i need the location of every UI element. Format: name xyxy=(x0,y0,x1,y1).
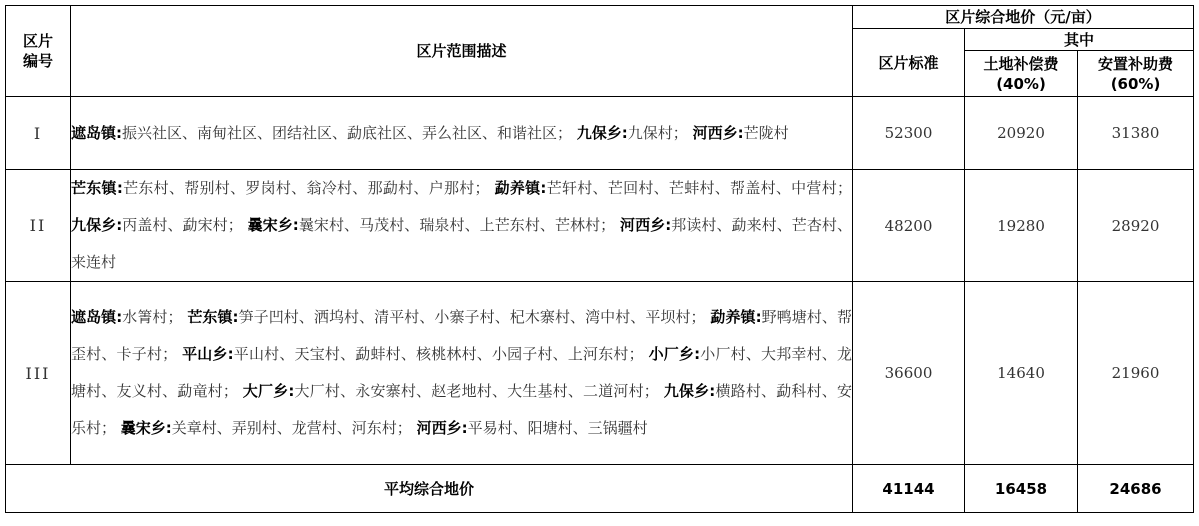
town-name: 遮岛镇: xyxy=(71,124,122,142)
town-name: 平山乡: xyxy=(182,345,234,363)
village-list: 芒陇村 xyxy=(744,124,789,142)
town-name: 九保乡: xyxy=(71,216,122,234)
town-name: 大厂乡: xyxy=(243,382,295,400)
table-row: III 遮岛镇:水箐村； 芒东镇:笋子凹村、洒坞村、清平村、小寨子村、杞木寨村、… xyxy=(6,282,1194,465)
village-list: 关章村、弄别村、龙营村、河东村； xyxy=(172,419,412,437)
town-name: 芒东镇: xyxy=(187,308,238,326)
village-list: 曩宋村、马茂村、瑞泉村、上芒东村、芒林村； xyxy=(299,216,615,234)
village-list: 芒东村、帮别村、罗岗村、翁冷村、那勐村、户那村； xyxy=(123,179,490,197)
town-name: 遮岛镇: xyxy=(71,308,122,326)
village-list: 丙盖村、勐宋村； xyxy=(122,216,243,234)
table-row: I 遮岛镇:振兴社区、南甸社区、团结社区、勐底社区、弄么社区、和谐社区； 九保乡… xyxy=(6,97,1194,170)
zone-number: III xyxy=(6,282,71,465)
land-compensation-value: 20920 xyxy=(965,97,1078,170)
land-price-table: 区片 编号 区片范围描述 区片综合地价（元/亩） 区片标准 其中 土地补偿费 (… xyxy=(5,5,1194,513)
average-resettlement: 24686 xyxy=(1078,465,1194,513)
town-name: 芒东镇: xyxy=(71,179,123,197)
village-list: 笋子凹村、洒坞村、清平村、小寨子村、杞木寨村、湾中村、平坝村； xyxy=(239,308,706,326)
header-zone-number-line1: 区片 xyxy=(6,31,70,51)
average-row: 平均综合地价 41144 16458 24686 xyxy=(6,465,1194,513)
header-of-which: 其中 xyxy=(965,29,1194,51)
zone-description: 遮岛镇:振兴社区、南甸社区、团结社区、勐底社区、弄么社区、和谐社区； 九保乡:九… xyxy=(71,97,853,170)
resettlement-value: 21960 xyxy=(1078,282,1194,465)
header-standard: 区片标准 xyxy=(853,29,965,97)
header-zone-number: 区片 编号 xyxy=(6,6,71,97)
town-name: 小厂乡: xyxy=(649,345,701,363)
header-resettlement-pct: (60%) xyxy=(1078,74,1193,94)
average-label: 平均综合地价 xyxy=(6,465,853,513)
village-list: 平山村、天宝村、勐蚌村、核桃林村、小园子村、上河东村； xyxy=(234,345,644,363)
zone-standard-price: 48200 xyxy=(853,170,965,282)
town-name: 曩宋乡: xyxy=(121,419,172,437)
town-name: 勐养镇: xyxy=(495,179,547,197)
header-land-compensation: 土地补偿费 (40%) xyxy=(965,51,1078,97)
town-name: 河西乡: xyxy=(693,124,744,142)
zone-number: II xyxy=(6,170,71,282)
header-land-compensation-label: 土地补偿费 xyxy=(965,54,1077,74)
header-price-group: 区片综合地价（元/亩） xyxy=(853,6,1194,29)
village-list: 水箐村； xyxy=(122,308,182,326)
zone-description: 芒东镇:芒东村、帮别村、罗岗村、翁冷村、那勐村、户那村； 勐养镇:芒轩村、芒回村… xyxy=(71,170,853,282)
header-description: 区片范围描述 xyxy=(71,6,853,97)
village-list: 大厂村、永安寨村、赵老地村、大生基村、二道河村； xyxy=(294,382,658,400)
zone-description: 遮岛镇:水箐村； 芒东镇:笋子凹村、洒坞村、清平村、小寨子村、杞木寨村、湾中村、… xyxy=(71,282,853,465)
town-name: 曩宋乡: xyxy=(248,216,299,234)
header-zone-number-line2: 编号 xyxy=(6,51,70,71)
resettlement-value: 28920 xyxy=(1078,170,1194,282)
town-name: 九保乡: xyxy=(577,124,628,142)
zone-standard-price: 36600 xyxy=(853,282,965,465)
town-name: 河西乡: xyxy=(417,419,468,437)
village-list: 芒轩村、芒回村、芒蚌村、帮盖村、中营村； xyxy=(546,179,852,197)
header-land-compensation-pct: (40%) xyxy=(965,74,1077,94)
table-row: II 芒东镇:芒东村、帮别村、罗岗村、翁冷村、那勐村、户那村； 勐养镇:芒轩村、… xyxy=(6,170,1194,282)
land-compensation-value: 14640 xyxy=(965,282,1078,465)
village-list: 九保村； xyxy=(628,124,688,142)
zone-number: I xyxy=(6,97,71,170)
header-resettlement-label: 安置补助费 xyxy=(1078,54,1193,74)
land-compensation-value: 19280 xyxy=(965,170,1078,282)
town-name: 九保乡: xyxy=(664,382,716,400)
town-name: 河西乡: xyxy=(620,216,671,234)
resettlement-value: 31380 xyxy=(1078,97,1194,170)
village-list: 平易村、阳塘村、三锅疆村 xyxy=(468,419,648,437)
zone-standard-price: 52300 xyxy=(853,97,965,170)
town-name: 勐养镇: xyxy=(710,308,761,326)
header-resettlement: 安置补助费 (60%) xyxy=(1078,51,1194,97)
village-list: 振兴社区、南甸社区、团结社区、勐底社区、弄么社区、和谐社区； xyxy=(122,124,572,142)
average-land-compensation: 16458 xyxy=(965,465,1078,513)
average-standard-price: 41144 xyxy=(853,465,965,513)
